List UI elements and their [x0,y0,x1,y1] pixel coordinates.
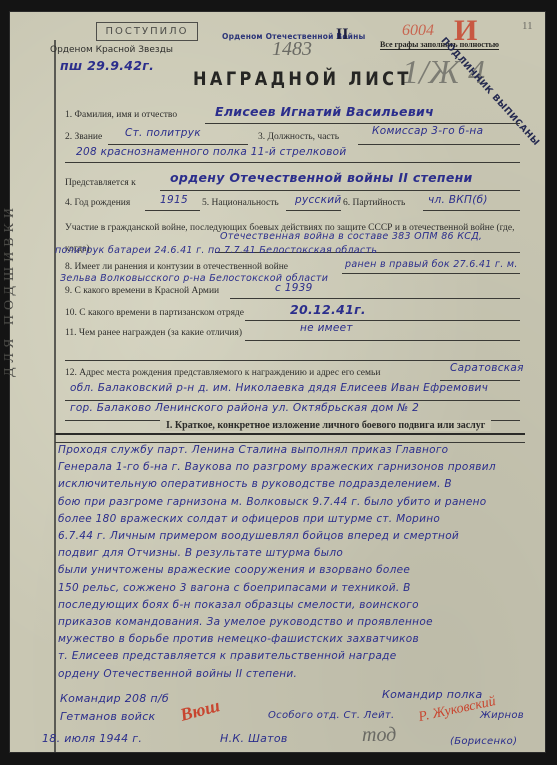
field-rank-value: Ст. политрук [125,127,201,139]
field-party-label: 6. Партийность [343,198,405,208]
field-address-value-3: гор. Балаково Ленинского района ул. Октя… [70,402,419,414]
page-title: НАГРАДНОЙ ЛИСТ [193,68,412,90]
signature-left-title-2: Гетманов войск [60,710,156,723]
field-name-line [205,123,520,124]
prior-award-date-note: пш 29.9.42г. [60,58,154,73]
field-rank-line [108,144,248,145]
narrative-line: 6.7.44 г. Личным примером воодушевлял бо… [58,530,459,542]
field-address-value-1: Саратовская [450,362,524,374]
pencil-number-top: 1483 [272,38,312,61]
signature-right-name: Жирнов [480,710,524,721]
field-name-value: Елисеев Игнатий Васильевич [215,104,434,119]
narrative-line: бою при разгроме гарнизона м. Волковыск … [58,496,487,508]
red-signature-left: Вюш [178,695,222,726]
narrative-line: приказов командования. За умелое руковод… [58,616,433,628]
signature-date: 18. июля 1944 г. [42,732,142,745]
red-number-top: 6004 [402,22,434,40]
received-stamp: ПОСТУПИЛО [96,22,198,41]
narrative-line: подвиг для Отчизны. В результате штурма … [58,547,343,559]
field-position-label: 3. Должность, часть [258,132,339,142]
field-army-since-value: с 1939 [275,282,313,294]
field-position-line [358,144,520,145]
signature-middle-2: Н.К. Шатов [220,732,288,745]
field-position-line-2 [65,162,520,163]
binding-margin-label: ДЛЯ ПОДШИВКИ [2,203,18,377]
field-army-since-line [230,298,520,299]
narrative-line: мужество в борьбе против немецко-фашистс… [58,633,419,645]
section-divider-bottom [55,442,525,443]
field-presented-label: Представляется к [65,178,136,188]
binding-margin-line [54,40,56,752]
section-divider-top [55,433,525,435]
signature-middle-1: Особого отд. Ст. Лейт. [268,710,394,721]
field-name-label: 1. Фамилия, имя и отчество [65,110,177,120]
signature-left-title-1: Командир 208 п/б [60,692,169,705]
field-address-label: 12. Адрес места рождения представляемого… [65,368,380,378]
field-combat-value: Отечественная война в составе 383 ОПМ 86… [55,230,525,258]
section-heading: I. Краткое, конкретное изложение личного… [160,420,491,431]
pencil-mark-bottom: тод [362,724,396,747]
narrative-line: ордену Отечественной войны II степени. [58,668,297,680]
field-birth-year-line [145,210,200,211]
narrative-line: более 180 вражеских солдат и офицеров пр… [58,513,440,525]
prior-award-note: Орденом Красной Звезды [50,45,173,55]
field-birth-year-value: 1915 [160,194,188,206]
field-position-value: Комиссар 3-го б-на [372,125,483,137]
field-nationality-value: русский [295,194,342,206]
field-party-value: чл. ВКП(б) [428,194,488,206]
field-address-value-2: обл. Балаковский р-н д. им. Николаевка д… [70,382,488,394]
field-rank-label: 2. Звание [65,132,102,142]
field-prior-awards-value: не имеет [300,322,353,334]
field-prior-awards-label: 11. Чем ранее награжден (за какие отличи… [65,328,242,338]
field-party-line [423,210,520,211]
field-partisan-since-value: 20.12.41г. [290,302,366,317]
field-position-value-cont: 208 краснознаменного полка 11-й стрелков… [76,146,347,158]
field-nationality-label: 5. Национальность [202,198,279,208]
narrative-line: последующих боях б-н показал образцы сме… [58,599,419,611]
narrative-line: Проходя службу парт. Ленина Сталина выпо… [58,444,448,456]
award-sheet: ДЛЯ ПОДШИВКИ ПОСТУПИЛО Орденом Красной З… [10,12,545,752]
field-nationality-line [286,210,341,211]
field-army-since-label: 9. С какого времени в Красной Армии [65,286,219,296]
narrative-line: Генерала 1-го б-на г. Ваукова по разгром… [58,461,496,473]
field-presented-value: ордену Отечественной войны II степени [170,170,473,185]
field-birth-year-label: 4. Год рождения [65,198,130,208]
field-presented-line [160,190,520,191]
narrative-line: т. Елисеев представляется к правительств… [58,650,397,662]
order-degree: II [336,26,348,44]
field-partisan-since-line [245,320,520,321]
field-address-line-1 [440,380,520,381]
page-number: 11 [522,20,533,32]
signature-right-sub: (Борисенко) [450,736,517,747]
field-address-line-2 [65,400,520,401]
field-prior-awards-line-2 [65,360,520,361]
field-partisan-since-label: 10. С какого времени в партизанском отря… [65,308,244,318]
narrative-line: 150 рельс, сожжено 3 вагона с боеприпаса… [58,582,411,594]
narrative-line: были уничтожены вражеские сооружения и в… [58,564,410,576]
field-prior-awards-line [245,340,520,341]
narrative-line: исключительную оперативность в руководст… [58,478,452,490]
